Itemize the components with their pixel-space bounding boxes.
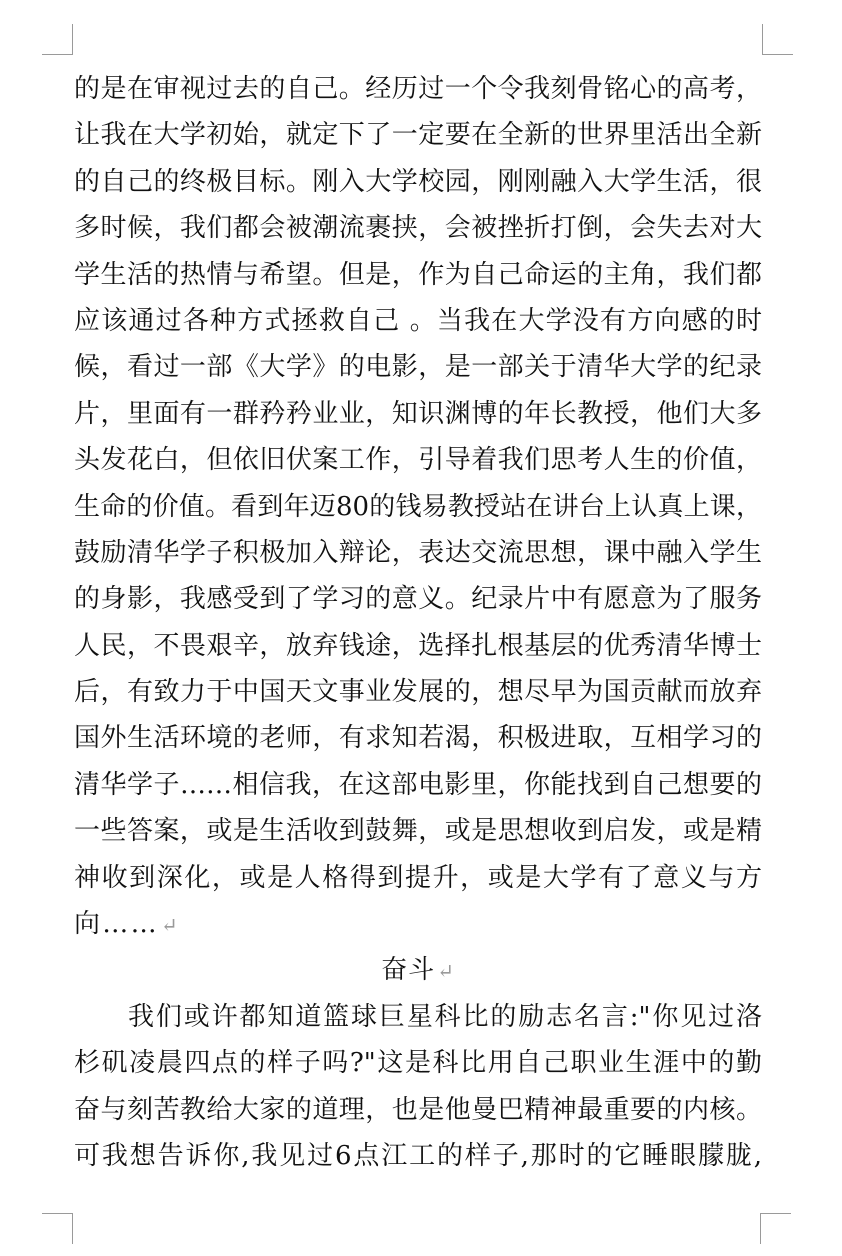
text-line-last: 向……↵	[74, 901, 762, 947]
paragraph-mark-icon: ↵	[161, 913, 180, 937]
text-line: 的自己的终极目标。刚入大学校园，刚刚融入大学生活，很	[74, 159, 762, 205]
text-line: 应该通过各种方式拯救自己 。当我在大学没有方向感的时	[74, 298, 762, 344]
text-line: 的身影，我感受到了学习的意义。纪录片中有愿意为了服务	[74, 576, 762, 622]
heading-text: 奋斗	[381, 955, 435, 985]
crop-mark-bottom-left	[42, 1213, 73, 1244]
text-line: 后，有致力于中国天文事业发展的，想尽早为国贡献而放弃	[74, 669, 762, 715]
text-line: 人民，不畏艰辛，放弃钱途，选择扎根基层的优秀清华博士	[74, 623, 762, 669]
text-line: 多时候，我们都会被潮流裹挟，会被挫折打倒，会失去对大	[74, 205, 762, 251]
text-line: 清华学子……相信我，在这部电影里，你能找到自己想要的	[74, 762, 762, 808]
text-line: 候，看过一部《大学》的电影，是一部关于清华大学的纪录	[74, 344, 762, 390]
document-page[interactable]: 的是在审视过去的自己。经历过一个令我刻骨铭心的高考， 让我在大学初始，就定下了一…	[74, 66, 762, 1179]
text-line: 头发花白，但依旧伏案工作，引导着我们思考人生的价值，	[74, 437, 762, 483]
text-line: 神收到深化，或是人格得到提升，或是大学有了意义与方	[74, 855, 762, 901]
text-line: 生命的价值。看到年迈80的钱易教授站在讲台上认真上课，	[74, 484, 762, 530]
text-line: 国外生活环境的老师，有求知若渴，积极进取，互相学习的	[74, 715, 762, 761]
text-line: 一些答案，或是生活收到鼓舞，或是思想收到启发，或是精	[74, 808, 762, 854]
text-span: 向……	[74, 909, 159, 939]
paragraph-mark-icon: ↵	[437, 959, 455, 983]
paragraph-1: 的是在审视过去的自己。经历过一个令我刻骨铭心的高考， 让我在大学初始，就定下了一…	[74, 66, 762, 947]
crop-mark-top-left	[42, 24, 73, 55]
text-line: 让我在大学初始，就定下了一定要在全新的世界里活出全新	[74, 112, 762, 158]
crop-mark-bottom-right	[760, 1213, 791, 1244]
text-line: 可我想告诉你,我见过6点江工的样子,那时的它睡眼朦胧,	[74, 1133, 762, 1179]
text-line: 学生活的热情与希望。但是，作为自己命运的主角，我们都	[74, 252, 762, 298]
section-heading: 奋斗↵	[74, 947, 762, 993]
text-line: 杉矶凌晨四点的样子吗?"这是科比用自己职业生涯中的勤	[74, 1040, 762, 1086]
text-line: 鼓励清华学子积极加入辩论，表达交流思想，课中融入学生	[74, 530, 762, 576]
text-line: 我们或许都知道篮球巨星科比的励志名言:"你见过洛	[74, 994, 762, 1040]
crop-mark-top-right	[762, 24, 793, 55]
paragraph-2: 我们或许都知道篮球巨星科比的励志名言:"你见过洛 杉矶凌晨四点的样子吗?"这是科…	[74, 994, 762, 1180]
text-line: 的是在审视过去的自己。经历过一个令我刻骨铭心的高考，	[74, 66, 762, 112]
text-line: 奋与刻苦教给大家的道理，也是他曼巴精神最重要的内核。	[74, 1087, 762, 1133]
text-line: 片，里面有一群矜矜业业，知识渊博的年长教授，他们大多	[74, 391, 762, 437]
